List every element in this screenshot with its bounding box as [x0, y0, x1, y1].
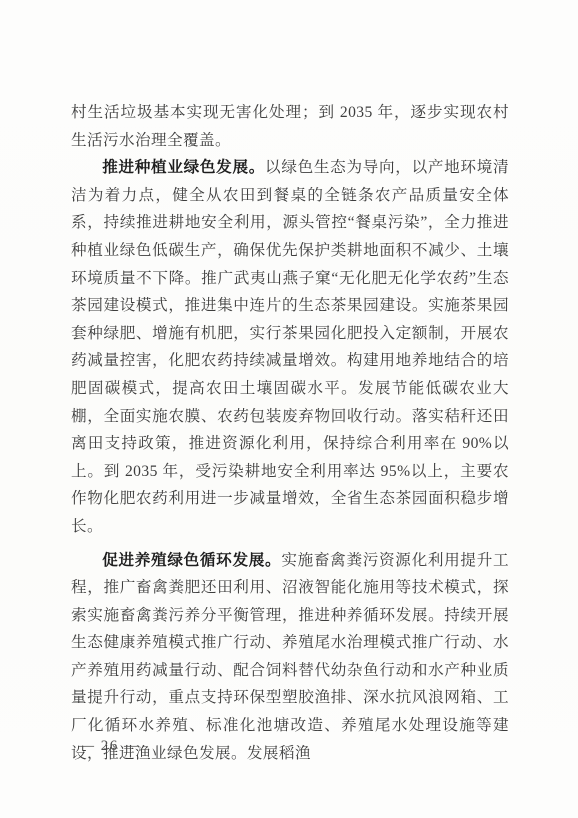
paragraph-lead-heading: 促进养殖绿色循环发展。 — [102, 552, 281, 569]
paragraph-continuation: 村生活垃圾基本实现无害化处理；到 2035 年，逐步实现农村生活污水治理全覆盖。 — [71, 99, 509, 154]
paragraph-text: 实施畜禽粪污资源化利用提升工程，推广畜禽粪肥还田利用、沼液智能化施用等技术模式，… — [71, 552, 509, 762]
paragraph-lead-heading: 推进种植业绿色发展。 — [102, 159, 265, 176]
page-number: — 26 — — [79, 735, 141, 757]
paragraph-text: 以绿色生态为导向，以产地环境清洁为着力点，健全从农田到餐桌的全链条农产品质量安全… — [71, 159, 509, 535]
paragraph-text: 村生活垃圾基本实现无害化处理；到 2035 年，逐步实现农村生活污水治理全覆盖。 — [71, 104, 509, 149]
text-content: 村生活垃圾基本实现无害化处理；到 2035 年，逐步实现农村生活污水治理全覆盖。… — [71, 99, 509, 767]
document-page: 村生活垃圾基本实现无害化处理；到 2035 年，逐步实现农村生活污水治理全覆盖。… — [0, 0, 578, 818]
paragraph-planting-green-development: 推进种植业绿色发展。以绿色生态为导向，以产地环境清洁为着力点，健全从农田到餐桌的… — [71, 154, 509, 540]
